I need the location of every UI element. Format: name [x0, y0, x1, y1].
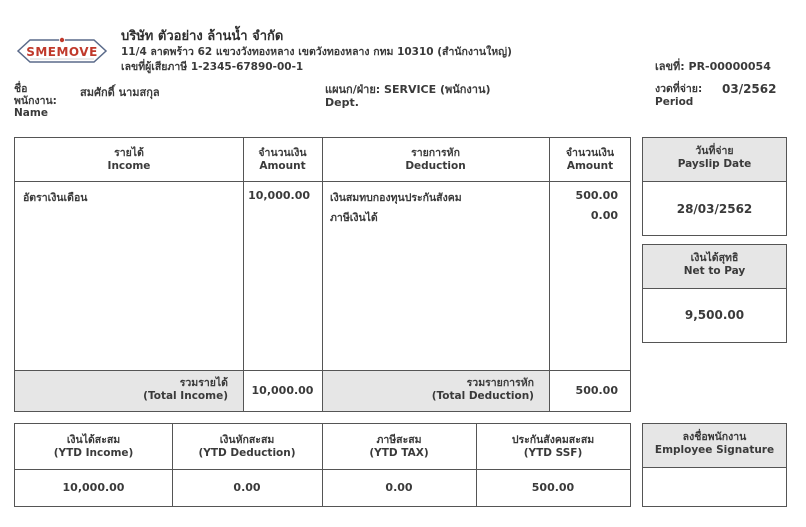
- ytd-tax-label: ภาษีสะสม(YTD TAX): [322, 434, 476, 460]
- income-item-label: อัตราเงินเดือน: [23, 189, 87, 206]
- period-value: 03/2562: [722, 82, 776, 96]
- employee-label-th-2: พนักงาน:: [14, 95, 57, 107]
- total-income-label: รวมรายได้(Total Income): [143, 377, 228, 403]
- ytd-ssf-value: 500.00: [476, 481, 630, 494]
- net-pay-box: เงินได้สุทธิNet to Pay 9,500.00: [642, 244, 787, 343]
- payslip-date-label: วันที่จ่ายPayslip Date: [643, 138, 786, 182]
- employee-label-en: Name: [14, 107, 57, 119]
- employee-name: สมศักดิ์ นามสกุล: [80, 83, 160, 101]
- header-deduction: รายการหักDeduction: [322, 147, 549, 173]
- header-deduction-amount: จำนวนเงินAmount: [549, 147, 631, 173]
- total-income-value: 10,000.00: [243, 384, 322, 397]
- department: แผนก/ฝ่าย: SERVICE (พนักงาน) Dept.: [325, 83, 491, 109]
- deduction-item-label: ภาษีเงินได้: [330, 209, 378, 226]
- period-label-th: งวดที่จ่าย:: [655, 83, 702, 96]
- employee-signature-box: ลงชื่อพนักงานEmployee Signature: [642, 423, 787, 507]
- total-deduction-value: 500.00: [576, 384, 618, 397]
- ytd-table: เงินได้สะสม(YTD Income) เงินหักสะสม(YTD …: [14, 423, 631, 507]
- employee-label-th-1: ชื่อ: [14, 83, 57, 95]
- ytd-income-label: เงินได้สะสม(YTD Income): [15, 434, 172, 460]
- ytd-deduction-value: 0.00: [172, 481, 322, 494]
- smemove-logo-icon: SMEMOVE: [16, 36, 108, 66]
- dept-value: SERVICE (พนักงาน): [384, 83, 490, 96]
- dept-label-en: Dept.: [325, 96, 491, 109]
- ytd-ssf-label: ประกันสังคมสะสม(YTD SSF): [476, 434, 630, 460]
- total-deduction-label: รวมรายการหัก(Total Deduction): [432, 377, 534, 403]
- document-number-value: PR-00000054: [689, 60, 771, 73]
- document-number-label: เลขที่:: [655, 60, 685, 73]
- income-item-amount: 10,000.00: [248, 189, 310, 202]
- income-deduction-table: รายได้Income จำนวนเงินAmount รายการหักDe…: [14, 137, 631, 412]
- ytd-tax-value: 0.00: [322, 481, 476, 494]
- header-income-amount: จำนวนเงินAmount: [243, 147, 322, 173]
- employee-name-label: ชื่อ พนักงาน: Name: [14, 83, 57, 119]
- deduction-item-amount: 500.00: [576, 189, 618, 202]
- employee-signature-label: ลงชื่อพนักงานEmployee Signature: [643, 424, 786, 468]
- header-income: รายได้Income: [15, 147, 243, 173]
- net-pay-value: 9,500.00: [643, 308, 786, 322]
- company-logo: SMEMOVE: [16, 36, 108, 66]
- deduction-item-amount: 0.00: [591, 209, 618, 222]
- period-label-en: Period: [655, 96, 702, 109]
- payslip-date-value: 28/03/2562: [643, 202, 786, 216]
- payslip-date-box: วันที่จ่ายPayslip Date 28/03/2562: [642, 137, 787, 236]
- document-number: เลขที่: PR-00000054: [655, 57, 771, 75]
- ytd-income-value: 10,000.00: [15, 481, 172, 494]
- dept-label-th: แผนก/ฝ่าย:: [325, 83, 380, 96]
- svg-text:SMEMOVE: SMEMOVE: [26, 45, 98, 59]
- company-tax-id: เลขที่ผู้เสียภาษี 1-2345-67890-00-1: [121, 58, 303, 75]
- deduction-item-label: เงินสมทบกองทุนประกันสังคม: [330, 189, 462, 206]
- period-label: งวดที่จ่าย: Period: [655, 83, 702, 109]
- net-pay-label: เงินได้สุทธิNet to Pay: [643, 245, 786, 289]
- ytd-deduction-label: เงินหักสะสม(YTD Deduction): [172, 434, 322, 460]
